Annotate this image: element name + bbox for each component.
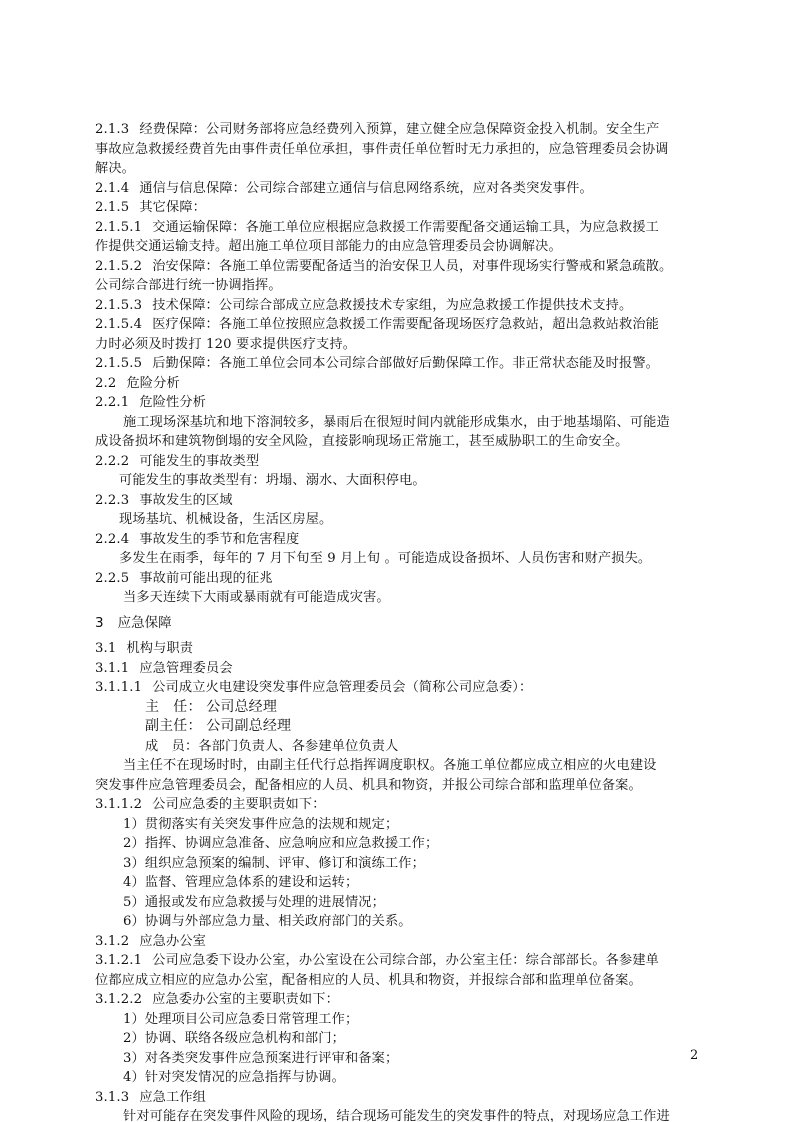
committee-members: 成 员：各部门负责人、各参建单位负责人	[95, 737, 698, 757]
section-number: 2.2.5	[95, 569, 129, 589]
section-3-1-1-1: 3.1.1.1公司成立火电建设突发事件应急管理委员会（简称公司应急委）：	[95, 678, 698, 698]
list-item: 4）监督、管理应急体系的建设和运转；	[95, 873, 698, 893]
section-number: 3.1.2.1	[95, 951, 142, 971]
committee-deputy: 副主任： 公司副总经理	[95, 717, 698, 737]
section-3-1-1: 3.1.1应急管理委员会	[95, 659, 698, 679]
section-number: 3.1	[95, 639, 116, 659]
section-number: 2.1.5	[95, 198, 129, 218]
paragraph-line: 当主任不在现场时时，由副主任代行总指挥调度职权。各施工单位都应成立相应的火电建设	[95, 756, 698, 776]
list-item: 1）贯彻落实有关突发事件应急的法规和规定；	[95, 815, 698, 835]
section-2-2-1: 2.2.1危险性分析	[95, 393, 698, 413]
list-item: 3）对各类突发事件应急预案进行评审和备案；	[95, 1049, 698, 1069]
committee-director: 主 任： 公司总经理	[95, 698, 698, 718]
section-2-1-5-5: 2.1.5.5后勤保障：各施工单位会同本公司综合部做好后勤保障工作。非正常状态能…	[95, 354, 698, 374]
paragraph-line: 事故应急救援经费首先由事件责任单位承担，事件责任单位暂时无力承担的，应急管理委员…	[95, 140, 698, 160]
list-item: 1）处理项目公司应急委日常管理工作；	[95, 1010, 698, 1030]
section-3-1-2-1: 3.1.2.1公司应急委下设办公室，办公室设在公司综合部，办公室主任：综合部部长…	[95, 951, 698, 971]
page-number: 2	[690, 1048, 698, 1063]
paragraph-line: 公司综合部进行统一协调指挥。	[95, 276, 698, 296]
paragraph-line: 现场基坑、机械设备，生活区房屋。	[95, 510, 698, 530]
section-2-1-4: 2.1.4通信与信息保障：公司综合部建立通信与信息网络系统，应对各类突发事件。	[95, 179, 698, 199]
section-2-2-5: 2.2.5事故前可能出现的征兆	[95, 569, 698, 589]
section-number: 2.1.4	[95, 179, 129, 199]
section-number: 3.1.2	[95, 932, 129, 952]
paragraph-line: 可能发生的事故类型有：坍塌、溺水、大面积停电。	[95, 471, 698, 491]
section-3-1-2: 3.1.2应急办公室	[95, 932, 698, 952]
section-number: 2.1.5.4	[95, 315, 142, 335]
paragraph-line: 力时必须及时拨打 120 要求提供医疗支持。	[95, 335, 698, 355]
section-2-2-3: 2.2.3事故发生的区域	[95, 491, 698, 511]
section-2-2-2: 2.2.2可能发生的事故类型	[95, 452, 698, 472]
section-number: 3.1.2.2	[95, 990, 142, 1010]
section-number: 3.1.1.1	[95, 678, 142, 698]
section-number: 2.1.5.3	[95, 296, 142, 316]
section-2-1-3: 2.1.3经费保障：公司财务部将应急经费列入预算，建立健全应急保障资金投入机制。…	[95, 120, 698, 140]
section-2-1-5-1: 2.1.5.1交通运输保障：各施工单位应根据应急救援工作需要配备交通运输工具，为…	[95, 218, 698, 238]
list-item: 4）针对突发情况的应急指挥与协调。	[95, 1068, 698, 1088]
list-item: 5）通报或发布应急救援与处理的进展情况；	[95, 893, 698, 913]
list-item: 3）组织应急预案的编制、评审、修订和演练工作；	[95, 854, 698, 874]
section-3-1-1-2: 3.1.1.2公司应急委的主要职责如下：	[95, 795, 698, 815]
section-3-heading: 3应急保障	[95, 614, 698, 634]
paragraph-line: 解决。	[95, 159, 698, 179]
section-number: 3	[95, 614, 104, 634]
document-page: 2.1.3经费保障：公司财务部将应急经费列入预算，建立健全应急保障资金投入机制。…	[95, 120, 698, 1122]
section-2-1-5: 2.1.5其它保障：	[95, 198, 698, 218]
section-2-1-5-4: 2.1.5.4医疗保障：各施工单位按照应急救援工作需要配备现场医疗急救站，超出急…	[95, 315, 698, 335]
paragraph-line: 施工现场深基坑和地下溶洞较多，暴雨后在很短时间内就能形成集水，由于地基塌陷、可能…	[95, 413, 698, 433]
section-number: 2.2.3	[95, 491, 129, 511]
list-item: 2）指挥、协调应急准备、应急响应和应急救援工作；	[95, 834, 698, 854]
section-2-1-5-2: 2.1.5.2治安保障：各施工单位需要配备适当的治安保卫人员，对事件现场实行警戒…	[95, 257, 698, 277]
paragraph-line: 位都应成立相应的应急办公室，配备相应的人员、机具和物资，并报综合部和监理单位备案…	[95, 971, 698, 991]
section-number: 3.1.3	[95, 1088, 129, 1108]
paragraph-line: 多发生在雨季，每年的 7 月下旬至 9 月上旬 。可能造成设备损坏、人员伤害和财…	[95, 549, 698, 569]
section-number: 2.1.5.1	[95, 218, 142, 238]
section-number: 2.2	[95, 374, 116, 394]
paragraph-line: 作提供交通运输支持。超出施工单位项目部能力的由应急管理委员会协调解决。	[95, 237, 698, 257]
section-3-1-3: 3.1.3应急工作组	[95, 1088, 698, 1108]
section-number: 3.1.1.2	[95, 795, 142, 815]
section-2-2: 2.2危险分析	[95, 374, 698, 394]
section-2-1-5-3: 2.1.5.3技术保障：公司综合部成立应急救援技术专家组，为应急救援工作提供技术…	[95, 296, 698, 316]
section-number: 2.1.5.2	[95, 257, 142, 277]
section-3-1-2-2: 3.1.2.2应急委办公室的主要职责如下：	[95, 990, 698, 1010]
section-number: 2.2.1	[95, 393, 129, 413]
section-3-1: 3.1机构与职责	[95, 639, 698, 659]
paragraph-line: 针对可能存在突发事件风险的现场，结合现场可能发生的突发事件的特点，对现场应急工作…	[95, 1107, 698, 1122]
section-number: 3.1.1	[95, 659, 129, 679]
list-item: 6）协调与外部应急力量、相关政府部门的关系。	[95, 912, 698, 932]
section-number: 2.2.4	[95, 530, 129, 550]
paragraph-line: 当多天连续下大雨或暴雨就有可能造成灾害。	[95, 588, 698, 608]
section-number: 2.1.5.5	[95, 354, 142, 374]
paragraph-line: 成设备损坏和建筑物倒塌的安全风险，直接影响现场正常施工，甚至威胁职工的生命安全。	[95, 432, 698, 452]
paragraph-line: 突发事件应急管理委员会，配备相应的人员、机具和物资，并报公司综合部和监理单位备案…	[95, 776, 698, 796]
list-item: 2）协调、联络各级应急机构和部门；	[95, 1029, 698, 1049]
section-number: 2.2.2	[95, 452, 129, 472]
section-number: 2.1.3	[95, 120, 129, 140]
section-2-2-4: 2.2.4事故发生的季节和危害程度	[95, 530, 698, 550]
